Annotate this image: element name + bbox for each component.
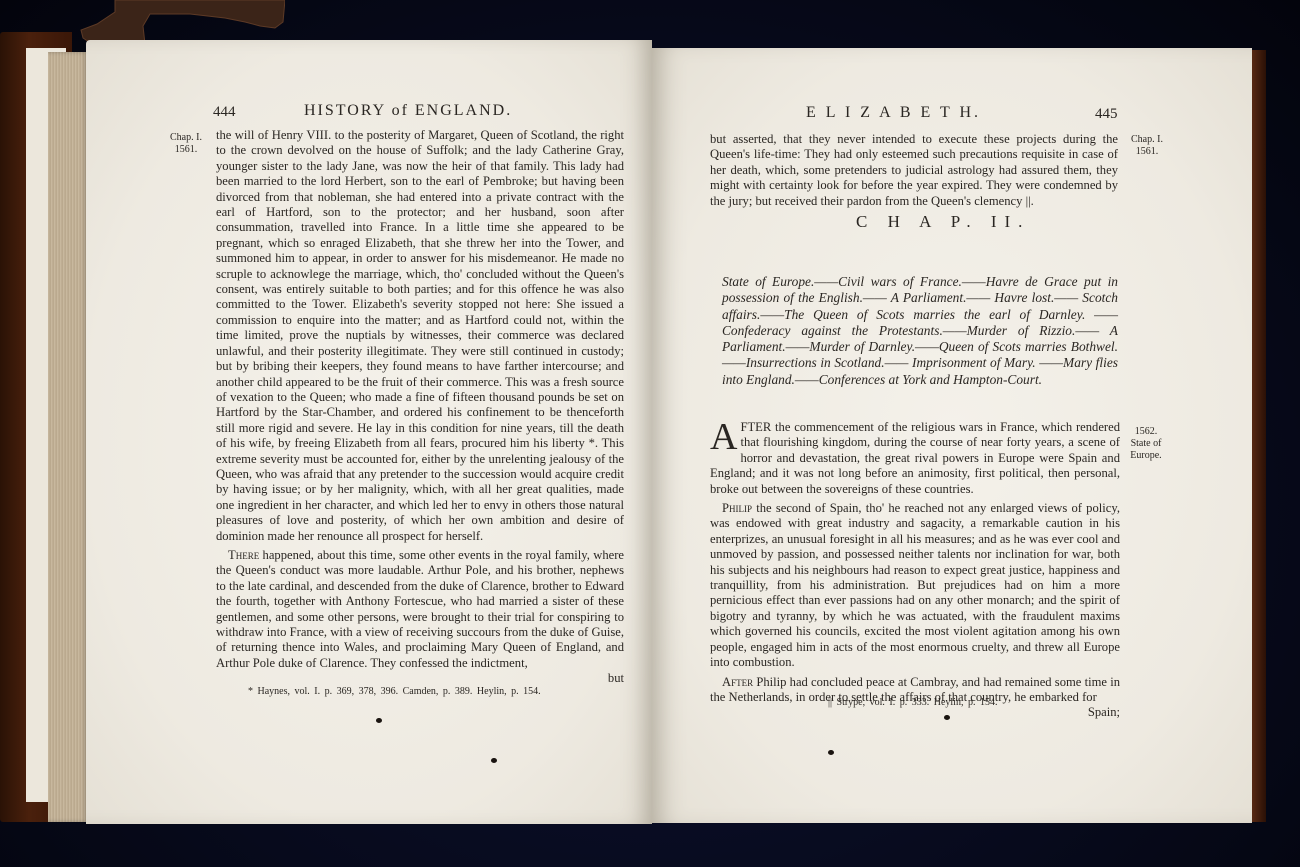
body-text: AFTER the commencement of the religious … — [710, 420, 1120, 721]
chapter-heading: C H A P. II. — [856, 212, 1030, 232]
left-page: 444 HISTORY of ENGLAND. Chap. I. 1561. t… — [86, 40, 652, 824]
paragraph-lead: FTER — [740, 420, 771, 434]
running-head: E L I Z A B E T H. — [806, 104, 981, 122]
margin-note-chapter: Chap. I. — [166, 132, 206, 144]
margin-note: 1562. State of Europe. — [1120, 426, 1172, 462]
paragraph-lead: There — [228, 548, 259, 562]
ink-spot — [828, 750, 834, 755]
paragraph: AFTER the commencement of the religious … — [710, 420, 1120, 497]
ink-spot — [376, 718, 382, 723]
paragraph: the will of Henry VIII. to the posterity… — [216, 128, 624, 544]
paragraph: but asserted, that they never intended t… — [710, 132, 1118, 209]
paragraph-text: the commencement of the religious wars i… — [710, 420, 1120, 496]
catchword: but — [216, 671, 624, 686]
margin-note-year: 1562. — [1120, 426, 1172, 438]
margin-note-year: 1561. — [1124, 146, 1170, 158]
margin-note: Chap. I. 1561. — [1124, 134, 1170, 158]
ink-spot — [491, 758, 497, 763]
page-edges — [48, 52, 88, 822]
right-page: E L I Z A B E T H. 445 Chap. I. 1561. bu… — [652, 48, 1252, 823]
drop-cap: A — [710, 422, 737, 452]
footnote: * Haynes, vol. I. p. 369, 378, 396. Camd… — [248, 686, 541, 697]
margin-note: Chap. I. 1561. — [166, 132, 206, 156]
paragraph: There happened, about this time, some ot… — [216, 548, 624, 671]
paragraph-lead: Philip — [722, 501, 752, 515]
page-number: 445 — [1095, 106, 1118, 123]
paragraph-text: the second of Spain, tho' he reached not… — [710, 501, 1120, 669]
chapter-argument: State of Europe.——Civil wars of France.—… — [722, 274, 1118, 388]
ink-spot — [944, 715, 950, 720]
margin-note-chapter: Chap. I. — [1124, 134, 1170, 146]
margin-note-topic: State of Europe. — [1120, 438, 1172, 462]
footnote: || Strype, vol. I. p. 333. Heylin, p. 15… — [828, 697, 997, 708]
running-head: HISTORY of ENGLAND. — [304, 102, 512, 120]
paragraph-text: happened, about this time, some other ev… — [216, 548, 624, 670]
body-text: but asserted, that they never intended t… — [710, 132, 1118, 209]
page-number: 444 — [213, 104, 236, 121]
paragraph: Philip the second of Spain, tho' he reac… — [710, 501, 1120, 670]
paragraph-lead: After — [722, 675, 753, 689]
body-text: the will of Henry VIII. to the posterity… — [216, 128, 624, 687]
margin-note-year: 1561. — [166, 144, 206, 156]
